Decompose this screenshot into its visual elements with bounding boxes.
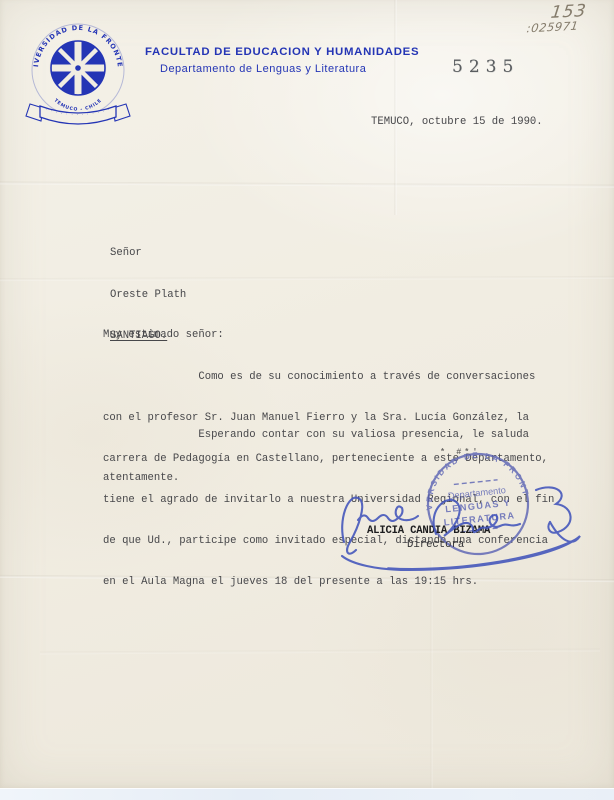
- signature-stroke: [358, 506, 418, 521]
- recipient-salutation: Señor: [110, 247, 186, 261]
- signature-flourish: [388, 538, 578, 569]
- recipient-name: Oreste Plath: [110, 289, 186, 303]
- faculty-name: FACULTAD DE EDUCACION Y HUMANIDADES: [145, 46, 419, 58]
- university-seal-logo: UNIVERSIDAD DE LA FRONTERA TEMUCO - CHIL…: [22, 18, 134, 132]
- letter-paper: UNIVERSIDAD DE LA FRONTERA TEMUCO - CHIL…: [0, 0, 614, 790]
- fold-crease: [0, 181, 614, 187]
- fold-crease: [40, 649, 600, 655]
- signature-stroke: [342, 498, 362, 554]
- body-line: Como es de su conocimiento a través de c…: [103, 371, 554, 385]
- body-line: Muy estimado señor:: [103, 329, 554, 343]
- fold-crease: [394, 0, 397, 215]
- body-line: en el Aula Magna el jueves 18 del presen…: [103, 576, 554, 590]
- scanned-letter-page: UNIVERSIDAD DE LA FRONTERA TEMUCO - CHIL…: [0, 0, 614, 800]
- scanner-edge: [0, 788, 614, 800]
- letterhead: FACULTAD DE EDUCACION Y HUMANIDADES Depa…: [145, 46, 419, 75]
- signature-stroke: [434, 500, 520, 536]
- handwritten-signature: [328, 478, 593, 578]
- date-line: TEMUCO, octubre 15 de 1990.: [371, 116, 543, 128]
- signature-flourish: [342, 522, 580, 570]
- department-name: Departamento de Lenguas y Literatura: [160, 63, 419, 75]
- handwritten-catalog-number: :025971: [526, 19, 579, 36]
- fold-crease: [0, 276, 614, 281]
- folio-number-stamp: 5235: [452, 57, 519, 77]
